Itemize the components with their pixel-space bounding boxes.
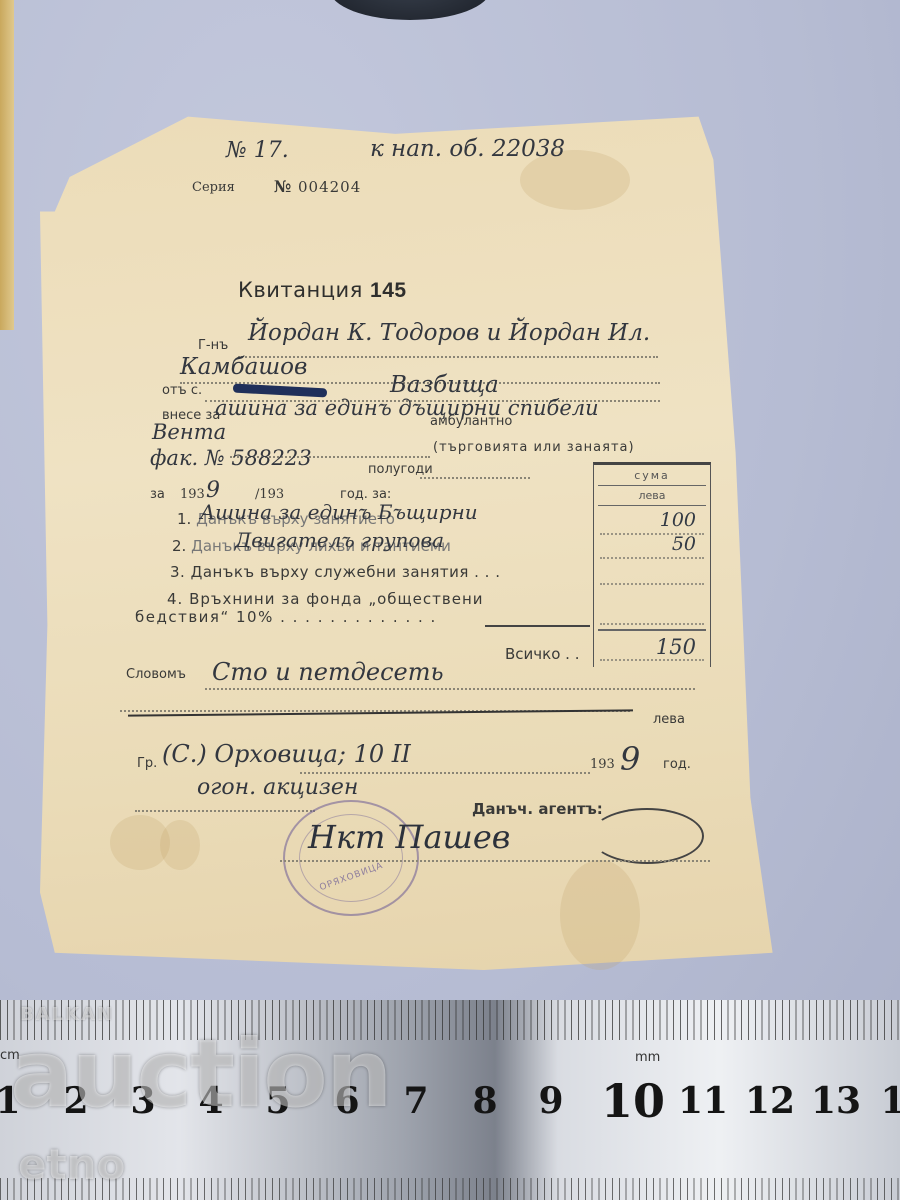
item-3-num: 3. bbox=[170, 563, 185, 581]
paid-value: ашина за единъ дъщирни спибели bbox=[215, 396, 599, 420]
date-year-hand: 9 bbox=[620, 740, 640, 778]
background-strip bbox=[0, 0, 14, 330]
item-3-label: Данъкъ върху служебни занятия . . . bbox=[191, 563, 501, 581]
ruler-mark-14: 1 bbox=[880, 1080, 900, 1122]
watermark-main: auction bbox=[10, 1020, 391, 1129]
date-year-suffix: год. bbox=[663, 757, 691, 772]
city-label: Гр. bbox=[137, 756, 157, 771]
from-label: отъ с. bbox=[162, 383, 202, 398]
dotted-line bbox=[300, 772, 590, 774]
ruler-mark-8: 8 bbox=[472, 1080, 497, 1122]
ruler-mark-11: 11 bbox=[678, 1080, 728, 1122]
item-2-amount: 50 bbox=[672, 533, 696, 555]
handwritten-reference: к нап. об. 22038 bbox=[370, 136, 565, 162]
total-rule bbox=[485, 625, 590, 627]
table-divider bbox=[598, 629, 706, 631]
trade-hint: (търговията или занаята) bbox=[433, 440, 635, 455]
ruler-mark-9: 9 bbox=[538, 1080, 563, 1122]
table-header-sum: сума bbox=[594, 469, 710, 482]
ruler-bottom-ticks bbox=[0, 1178, 900, 1200]
dotted-line bbox=[135, 810, 315, 812]
table-dotted-row bbox=[600, 583, 704, 585]
official-handwriting: огон. акцизен bbox=[197, 775, 358, 800]
ruler-mark-13: 13 bbox=[811, 1080, 861, 1122]
number-sign: № bbox=[274, 177, 291, 196]
table-divider bbox=[598, 505, 706, 506]
item-2-hand: Двигателъ групова bbox=[235, 528, 444, 552]
from-value: Вазбища bbox=[390, 372, 499, 398]
table-dotted-row bbox=[600, 623, 704, 625]
signature-flourish bbox=[590, 808, 704, 864]
in-words-value: Сто и петдесеть bbox=[212, 658, 444, 686]
dotted-line bbox=[420, 477, 530, 479]
table-divider bbox=[598, 485, 706, 486]
dotted-line bbox=[205, 688, 695, 690]
signature: Нкт Пашев bbox=[308, 818, 510, 856]
date-year-prefix: 193 bbox=[590, 757, 615, 772]
item-4-label2: бедствия“ 10% . . . . . . . . . . . . . bbox=[135, 608, 437, 626]
ruler-unit-mm: mm bbox=[635, 1050, 660, 1065]
dark-object bbox=[330, 0, 490, 20]
stain bbox=[560, 860, 640, 970]
year-prefix: за bbox=[150, 487, 165, 502]
receipt-title: Квитанция 145 bbox=[238, 278, 407, 303]
item-1-amount: 100 bbox=[660, 509, 696, 531]
item-1-hand: Ашина за единъ Бъщирни bbox=[200, 500, 478, 524]
watermark-bottom: etno bbox=[18, 1140, 125, 1189]
city-value: (С.) Орховица; 10 II bbox=[162, 740, 411, 768]
title-text: Квитанция bbox=[238, 278, 363, 302]
mr-value-line2: Камбашов bbox=[180, 354, 307, 380]
agent-label: Данъч. агентъ: bbox=[472, 800, 603, 818]
series-label: Серия bbox=[192, 180, 235, 195]
item-4-num: 4. bbox=[167, 590, 183, 608]
item-1-num: 1. bbox=[177, 510, 191, 528]
title-number: 145 bbox=[370, 279, 407, 302]
item-4: 4. Връхнини за фонда „обществени bbox=[167, 590, 484, 608]
stain bbox=[160, 820, 200, 870]
item-4-label: Връхнини за фонда „обществени bbox=[189, 590, 483, 608]
ruler-mark-10: 10 bbox=[601, 1074, 665, 1128]
currency-label: лева bbox=[653, 712, 685, 727]
ruler-mark-12: 12 bbox=[745, 1080, 795, 1122]
table-dotted-row bbox=[600, 659, 704, 661]
table-dotted-row bbox=[600, 557, 704, 559]
paid-value-line2: Вента bbox=[152, 420, 226, 444]
amounts-table: сума лева 100 50 150 bbox=[593, 462, 711, 667]
table-header-currency: лева bbox=[594, 489, 710, 502]
dotted-line bbox=[280, 860, 710, 862]
total-amount: 150 bbox=[656, 635, 696, 659]
mr-value-line1: Йордан К. Тодоров и Йордан Ил. bbox=[248, 320, 650, 346]
item-3: 3. Данъкъ върху служебни занятия . . . bbox=[170, 563, 500, 581]
handwritten-number: № 17. bbox=[226, 138, 289, 163]
ruler-mark-7: 7 bbox=[403, 1080, 428, 1122]
invoice-number: фак. № 588223 bbox=[150, 446, 312, 470]
mr-label: Г-нъ bbox=[198, 338, 228, 353]
total-label: Всичко . . bbox=[505, 645, 579, 663]
series-number: 004204 bbox=[298, 178, 361, 196]
half-year-label: полугоди bbox=[368, 462, 433, 477]
in-words-label: Словомъ bbox=[126, 667, 186, 682]
item-2-num: 2. bbox=[172, 537, 186, 555]
